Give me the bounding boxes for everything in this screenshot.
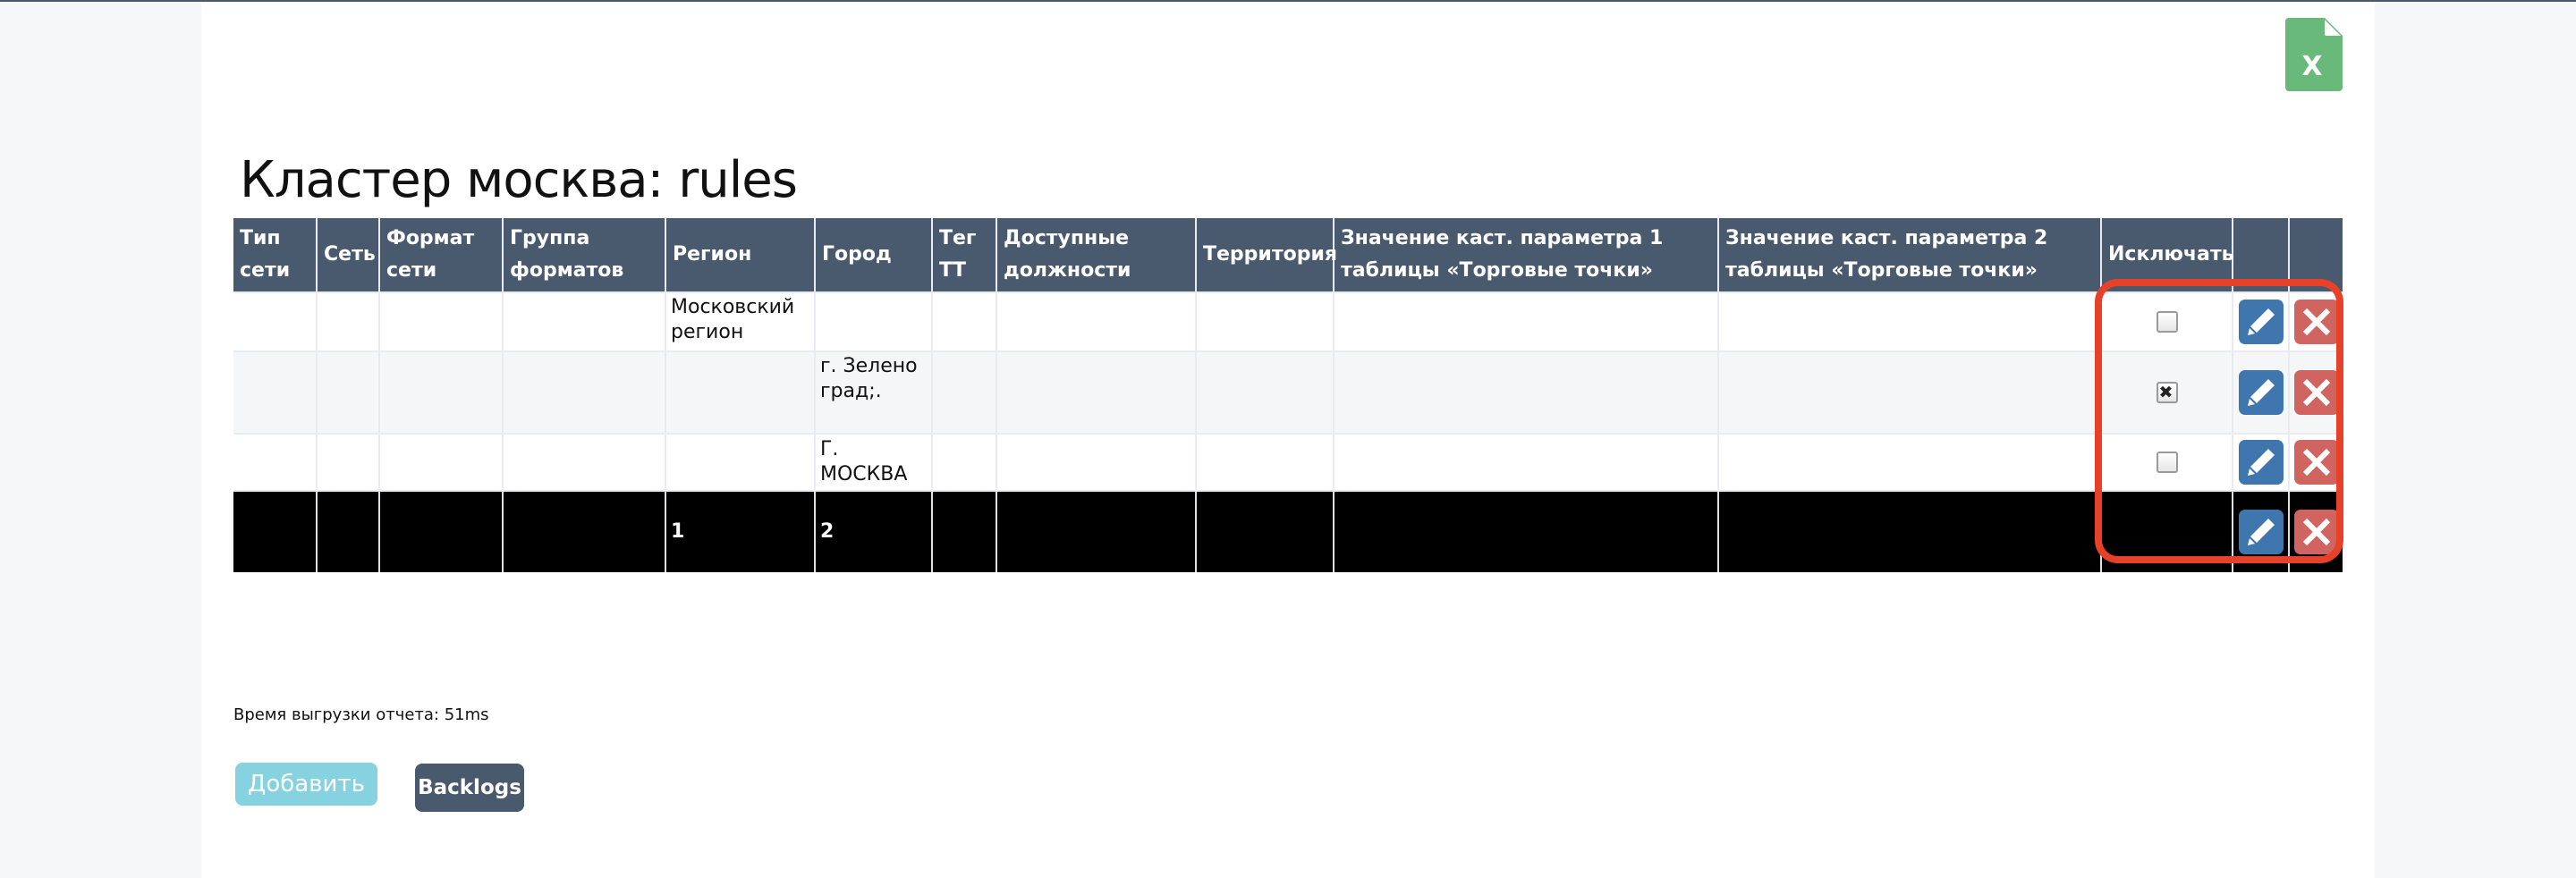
cell-available-positions	[996, 292, 1196, 351]
cell-network-format	[379, 292, 503, 351]
column-header-region[interactable]: Регион	[665, 218, 815, 292]
column-header-territory[interactable]: Территория	[1196, 218, 1334, 292]
table-row: Г. МОСКВА	[233, 434, 2343, 491]
column-header-available-positions[interactable]: Доступные должности	[996, 218, 1196, 292]
delete-button[interactable]	[2294, 440, 2339, 485]
cell-custom-param-1	[1334, 292, 1718, 351]
cell-edit	[2233, 292, 2289, 351]
cell-custom-param-2	[1718, 292, 2101, 351]
cell-region	[665, 351, 815, 434]
total-store-tag	[932, 491, 996, 572]
edit-button[interactable]	[2239, 440, 2284, 485]
exclude-checkbox[interactable]	[2157, 311, 2178, 333]
column-header-network[interactable]: Сеть	[317, 218, 379, 292]
cell-city: г. Зеленоград;.	[815, 351, 932, 434]
cell-territory	[1196, 292, 1334, 351]
total-territory	[1196, 491, 1334, 572]
total-city: 2	[815, 491, 932, 572]
cell-network-format	[379, 434, 503, 491]
cell-region	[665, 434, 815, 491]
cell-network	[317, 434, 379, 491]
totals-row: 1 2	[233, 491, 2343, 572]
table-row: Московский регион	[233, 292, 2343, 351]
cell-store-tag	[932, 351, 996, 434]
delete-button[interactable]	[2294, 510, 2339, 554]
column-header-delete	[2289, 218, 2343, 292]
cell-available-positions	[996, 434, 1196, 491]
cell-edit	[2233, 491, 2289, 572]
total-exclude	[2101, 491, 2233, 572]
column-header-exclude[interactable]: Исключать	[2101, 218, 2233, 292]
edit-button[interactable]	[2239, 510, 2284, 554]
cell-delete	[2289, 292, 2343, 351]
cell-exclude	[2101, 351, 2233, 434]
rules-table: Тип сети Сеть Формат сети Группа формато…	[233, 218, 2343, 572]
column-header-network-format[interactable]: Формат сети	[379, 218, 503, 292]
cell-exclude	[2101, 434, 2233, 491]
pencil-icon	[2239, 300, 2284, 344]
total-region: 1	[665, 491, 815, 572]
cell-format-group	[503, 351, 665, 434]
svg-text:X: X	[2301, 51, 2322, 82]
column-header-custom-param-2[interactable]: Значение каст. параметра 2 таблицы «Торг…	[1718, 218, 2101, 292]
cell-territory	[1196, 351, 1334, 434]
column-header-network-type[interactable]: Тип сети	[233, 218, 317, 292]
cell-format-group	[503, 292, 665, 351]
table-header-row: Тип сети Сеть Формат сети Группа формато…	[233, 218, 2343, 292]
report-timing: Время выгрузки отчета: 51ms	[233, 705, 489, 724]
excel-file-icon: X	[2285, 18, 2343, 91]
export-excel-button[interactable]: X	[2285, 18, 2343, 91]
exclude-checkbox[interactable]	[2157, 382, 2178, 403]
total-network-type	[233, 491, 317, 572]
edit-button[interactable]	[2239, 370, 2284, 415]
table-row: г. Зеленоград;.	[233, 351, 2343, 434]
cell-network	[317, 351, 379, 434]
cell-delete	[2289, 491, 2343, 572]
column-header-edit	[2233, 218, 2289, 292]
delete-button[interactable]	[2294, 300, 2339, 344]
cell-region: Московский регион	[665, 292, 815, 351]
column-header-store-tag[interactable]: Тег ТТ	[932, 218, 996, 292]
cell-store-tag	[932, 292, 996, 351]
cell-store-tag	[932, 434, 996, 491]
total-format-group	[503, 491, 665, 572]
cell-network	[317, 292, 379, 351]
cell-custom-param-1	[1334, 351, 1718, 434]
column-header-custom-param-1[interactable]: Значение каст. параметра 1 таблицы «Торг…	[1334, 218, 1718, 292]
cell-city	[815, 292, 932, 351]
total-network	[317, 491, 379, 572]
cell-city: Г. МОСКВА	[815, 434, 932, 491]
cell-delete	[2289, 434, 2343, 491]
cell-edit	[2233, 434, 2289, 491]
cell-format-group	[503, 434, 665, 491]
delete-button[interactable]	[2294, 370, 2339, 415]
total-custom-param-2	[1718, 491, 2101, 572]
cell-available-positions	[996, 351, 1196, 434]
cell-network-type	[233, 292, 317, 351]
total-network-format	[379, 491, 503, 572]
column-header-city[interactable]: Город	[815, 218, 932, 292]
cell-edit	[2233, 351, 2289, 434]
cell-delete	[2289, 351, 2343, 434]
exclude-checkbox[interactable]	[2157, 452, 2178, 473]
page-title: Кластер москва: rules	[240, 145, 797, 216]
cell-custom-param-2	[1718, 351, 2101, 434]
cell-network-type	[233, 434, 317, 491]
add-button[interactable]: Добавить	[235, 763, 377, 806]
cell-custom-param-2	[1718, 434, 2101, 491]
total-available-positions	[996, 491, 1196, 572]
cell-custom-param-1	[1334, 434, 1718, 491]
close-icon	[2294, 300, 2339, 344]
column-header-format-group[interactable]: Группа форматов	[503, 218, 665, 292]
cell-territory	[1196, 434, 1334, 491]
pencil-icon	[2239, 510, 2284, 554]
cell-network-format	[379, 351, 503, 434]
cell-exclude	[2101, 292, 2233, 351]
close-icon	[2294, 510, 2339, 554]
total-custom-param-1	[1334, 491, 1718, 572]
cell-network-type	[233, 351, 317, 434]
close-icon	[2294, 370, 2339, 415]
pencil-icon	[2239, 370, 2284, 415]
close-icon	[2294, 440, 2339, 485]
edit-button[interactable]	[2239, 300, 2284, 344]
backlogs-button[interactable]: Backlogs	[415, 764, 524, 812]
pencil-icon	[2239, 440, 2284, 485]
